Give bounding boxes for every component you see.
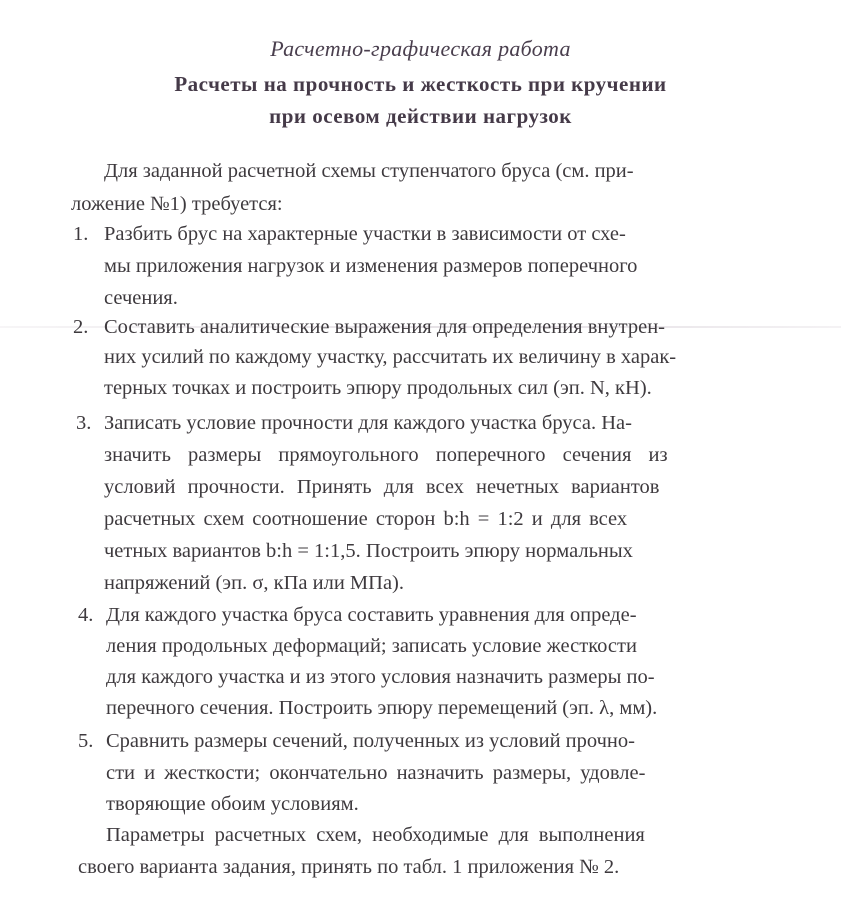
item-1-line-3: сечения.: [104, 287, 178, 310]
document-title-line-1: Расчеты на прочность и жесткость при кру…: [0, 72, 841, 97]
item-5-line-1: Сравнить размеры сечений, полученных из …: [106, 730, 635, 753]
intro-line-2: ложение №1) требуется:: [71, 193, 283, 216]
item-4-line-3: для каждого участка и из этого условия н…: [106, 666, 655, 689]
item-3-line-5: четных вариантов b:h = 1:1,5. Построить …: [104, 540, 633, 563]
item-2-number: 2.: [73, 316, 88, 339]
intro-line-1: Для заданной расчетной схемы ступенчатог…: [104, 160, 634, 183]
item-5-number: 5.: [78, 730, 93, 753]
item-3-number: 3.: [76, 412, 91, 435]
item-4-number: 4.: [78, 604, 93, 627]
item-4-line-4: перечного сечения. Построить эпюру перем…: [106, 697, 657, 720]
scanned-document-page: Расчетно-графическая работа Расчеты на п…: [0, 0, 841, 911]
document-subtitle: Расчетно-графическая работа: [0, 36, 841, 62]
item-2-line-3: терных точках и построить эпюру продольн…: [104, 377, 652, 400]
item-3-line-2: значить размеры прямоугольного поперечно…: [104, 444, 668, 467]
item-3-line-6: напряжений (эп. σ, кПа или МПа).: [104, 572, 404, 595]
item-1-line-1: Разбить брус на характерные участки в за…: [104, 223, 626, 246]
item-3-line-3: условий прочности. Принять для всех нече…: [104, 476, 659, 499]
item-3-line-1: Записать условие прочности для каждого у…: [104, 412, 632, 435]
item-1-number: 1.: [73, 223, 88, 246]
item-2-line-2: них усилий по каждому участку, рассчитат…: [104, 346, 676, 369]
item-2-line-1: Составить аналитические выражения для оп…: [104, 316, 665, 339]
document-title-line-2: при осевом действии нагрузок: [0, 104, 841, 129]
item-5-line-2: сти и жесткости; окончательно назначить …: [106, 762, 645, 785]
item-4-line-1: Для каждого участка бруса составить урав…: [106, 604, 637, 627]
item-5-line-3: творяющие обоим условиям.: [106, 793, 359, 816]
item-3-line-4: расчетных схем соотношение сторон b:h = …: [104, 508, 627, 531]
closing-line-2: своего варианта задания, принять по табл…: [78, 856, 619, 879]
closing-line-1: Параметры расчетных схем, необходимые дл…: [106, 824, 645, 847]
item-4-line-2: ления продольных деформаций; записать ус…: [106, 635, 637, 658]
item-1-line-2: мы приложения нагрузок и изменения разме…: [104, 255, 637, 278]
